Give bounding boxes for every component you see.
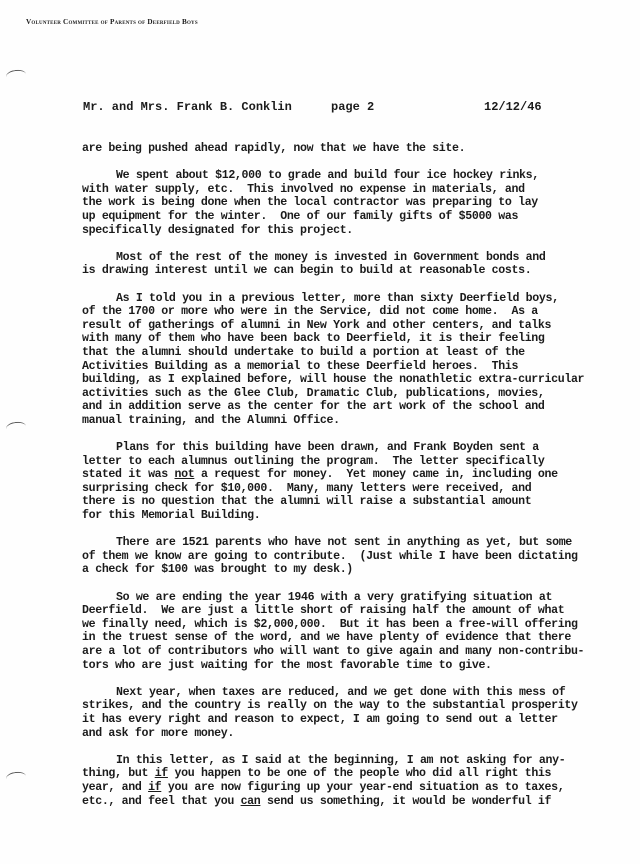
text-line: tors who are just waiting for the most f… [82, 659, 622, 673]
underlined-emphasis: can [241, 795, 261, 808]
paragraph: So we are ending the year 1946 with a ve… [82, 591, 622, 673]
text-line: with many of them who have been back to … [82, 332, 622, 346]
text-line: up equipment for the winter. One of our … [82, 210, 622, 224]
text-line: thing, but if you happen to be one of th… [82, 767, 622, 781]
letter-date: 12/12/46 [484, 100, 542, 114]
text-line: in the truest sense of the word, and we … [82, 631, 622, 645]
text-line: Activities Building as a memorial to the… [82, 360, 622, 374]
text-line: of the 1700 or more who were in the Serv… [82, 305, 622, 319]
page-number: page 2 [331, 100, 374, 114]
text-line: Most of the rest of the money is investe… [82, 251, 622, 265]
letter-page: Volunteer Committee of Parents of Deerfi… [0, 0, 640, 864]
paragraph: are being pushed ahead rapidly, now that… [82, 142, 622, 156]
text-line: year, and if you are now figuring up you… [82, 781, 622, 795]
text-line: Next year, when taxes are reduced, and w… [82, 686, 622, 700]
text-line: for this Memorial Building. [82, 509, 622, 523]
margin-mark-icon [5, 69, 26, 83]
text-line: we finally need, which is $2,000,000. Bu… [82, 618, 622, 632]
text-line: a check for $100 was brought to my desk.… [82, 563, 622, 577]
margin-mark-icon [5, 771, 26, 785]
text-line: are a lot of contributors who will want … [82, 645, 622, 659]
text-line: and ask for more money. [82, 727, 622, 741]
letterhead: Volunteer Committee of Parents of Deerfi… [26, 18, 198, 26]
letter-body: are being pushed ahead rapidly, now that… [82, 142, 622, 822]
paragraph: Most of the rest of the money is investe… [82, 251, 622, 278]
paragraph: In this letter, as I said at the beginni… [82, 754, 622, 808]
text-line: of them we know are going to contribute.… [82, 550, 622, 564]
text-line: manual training, and the Alumni Office. [82, 414, 622, 428]
paragraph: Plans for this building have been drawn,… [82, 441, 622, 523]
text-line: the work is being done when the local co… [82, 196, 622, 210]
paragraph: We spent about $12,000 to grade and buil… [82, 169, 622, 237]
text-line: building, as I explained before, will ho… [82, 373, 622, 387]
underlined-emphasis: not [175, 468, 195, 481]
addressee: Mr. and Mrs. Frank B. Conklin [83, 100, 292, 114]
margin-mark-icon [5, 421, 26, 435]
text-line: that the alumni should undertake to buil… [82, 346, 622, 360]
text-line: Plans for this building have been drawn,… [82, 441, 622, 455]
text-line: There are 1521 parents who have not sent… [82, 536, 622, 550]
text-line: strikes, and the country is really on th… [82, 699, 622, 713]
text-line: result of gatherings of alumni in New Yo… [82, 319, 622, 333]
text-line: We spent about $12,000 to grade and buil… [82, 169, 622, 183]
text-line: there is no question that the alumni wil… [82, 495, 622, 509]
text-line: In this letter, as I said at the beginni… [82, 754, 622, 768]
text-line: As I told you in a previous letter, more… [82, 292, 622, 306]
text-line: specifically designated for this project… [82, 224, 622, 238]
underlined-emphasis: if [148, 781, 161, 794]
text-line: it has every right and reason to expect,… [82, 713, 622, 727]
paragraph: As I told you in a previous letter, more… [82, 292, 622, 428]
underlined-emphasis: if [155, 767, 168, 780]
text-line: surprising check for $10,000. Many, many… [82, 482, 622, 496]
text-line: stated it was not a request for money. Y… [82, 468, 622, 482]
paragraph: Next year, when taxes are reduced, and w… [82, 686, 622, 740]
text-line: activities such as the Glee Club, Dramat… [82, 387, 622, 401]
text-line: and in addition serve as the center for … [82, 400, 622, 414]
text-line: are being pushed ahead rapidly, now that… [82, 142, 622, 156]
text-line: So we are ending the year 1946 with a ve… [82, 591, 622, 605]
text-line: Deerfield. We are just a little short of… [82, 604, 622, 618]
page-header: Mr. and Mrs. Frank B. Conklin page 2 12/… [83, 100, 603, 116]
text-line: with water supply, etc. This involved no… [82, 183, 622, 197]
paragraph: There are 1521 parents who have not sent… [82, 536, 622, 577]
text-line: is drawing interest until we can begin t… [82, 264, 622, 278]
text-line: letter to each alumnus outlining the pro… [82, 455, 622, 469]
text-line: etc., and feel that you can send us some… [82, 795, 622, 809]
